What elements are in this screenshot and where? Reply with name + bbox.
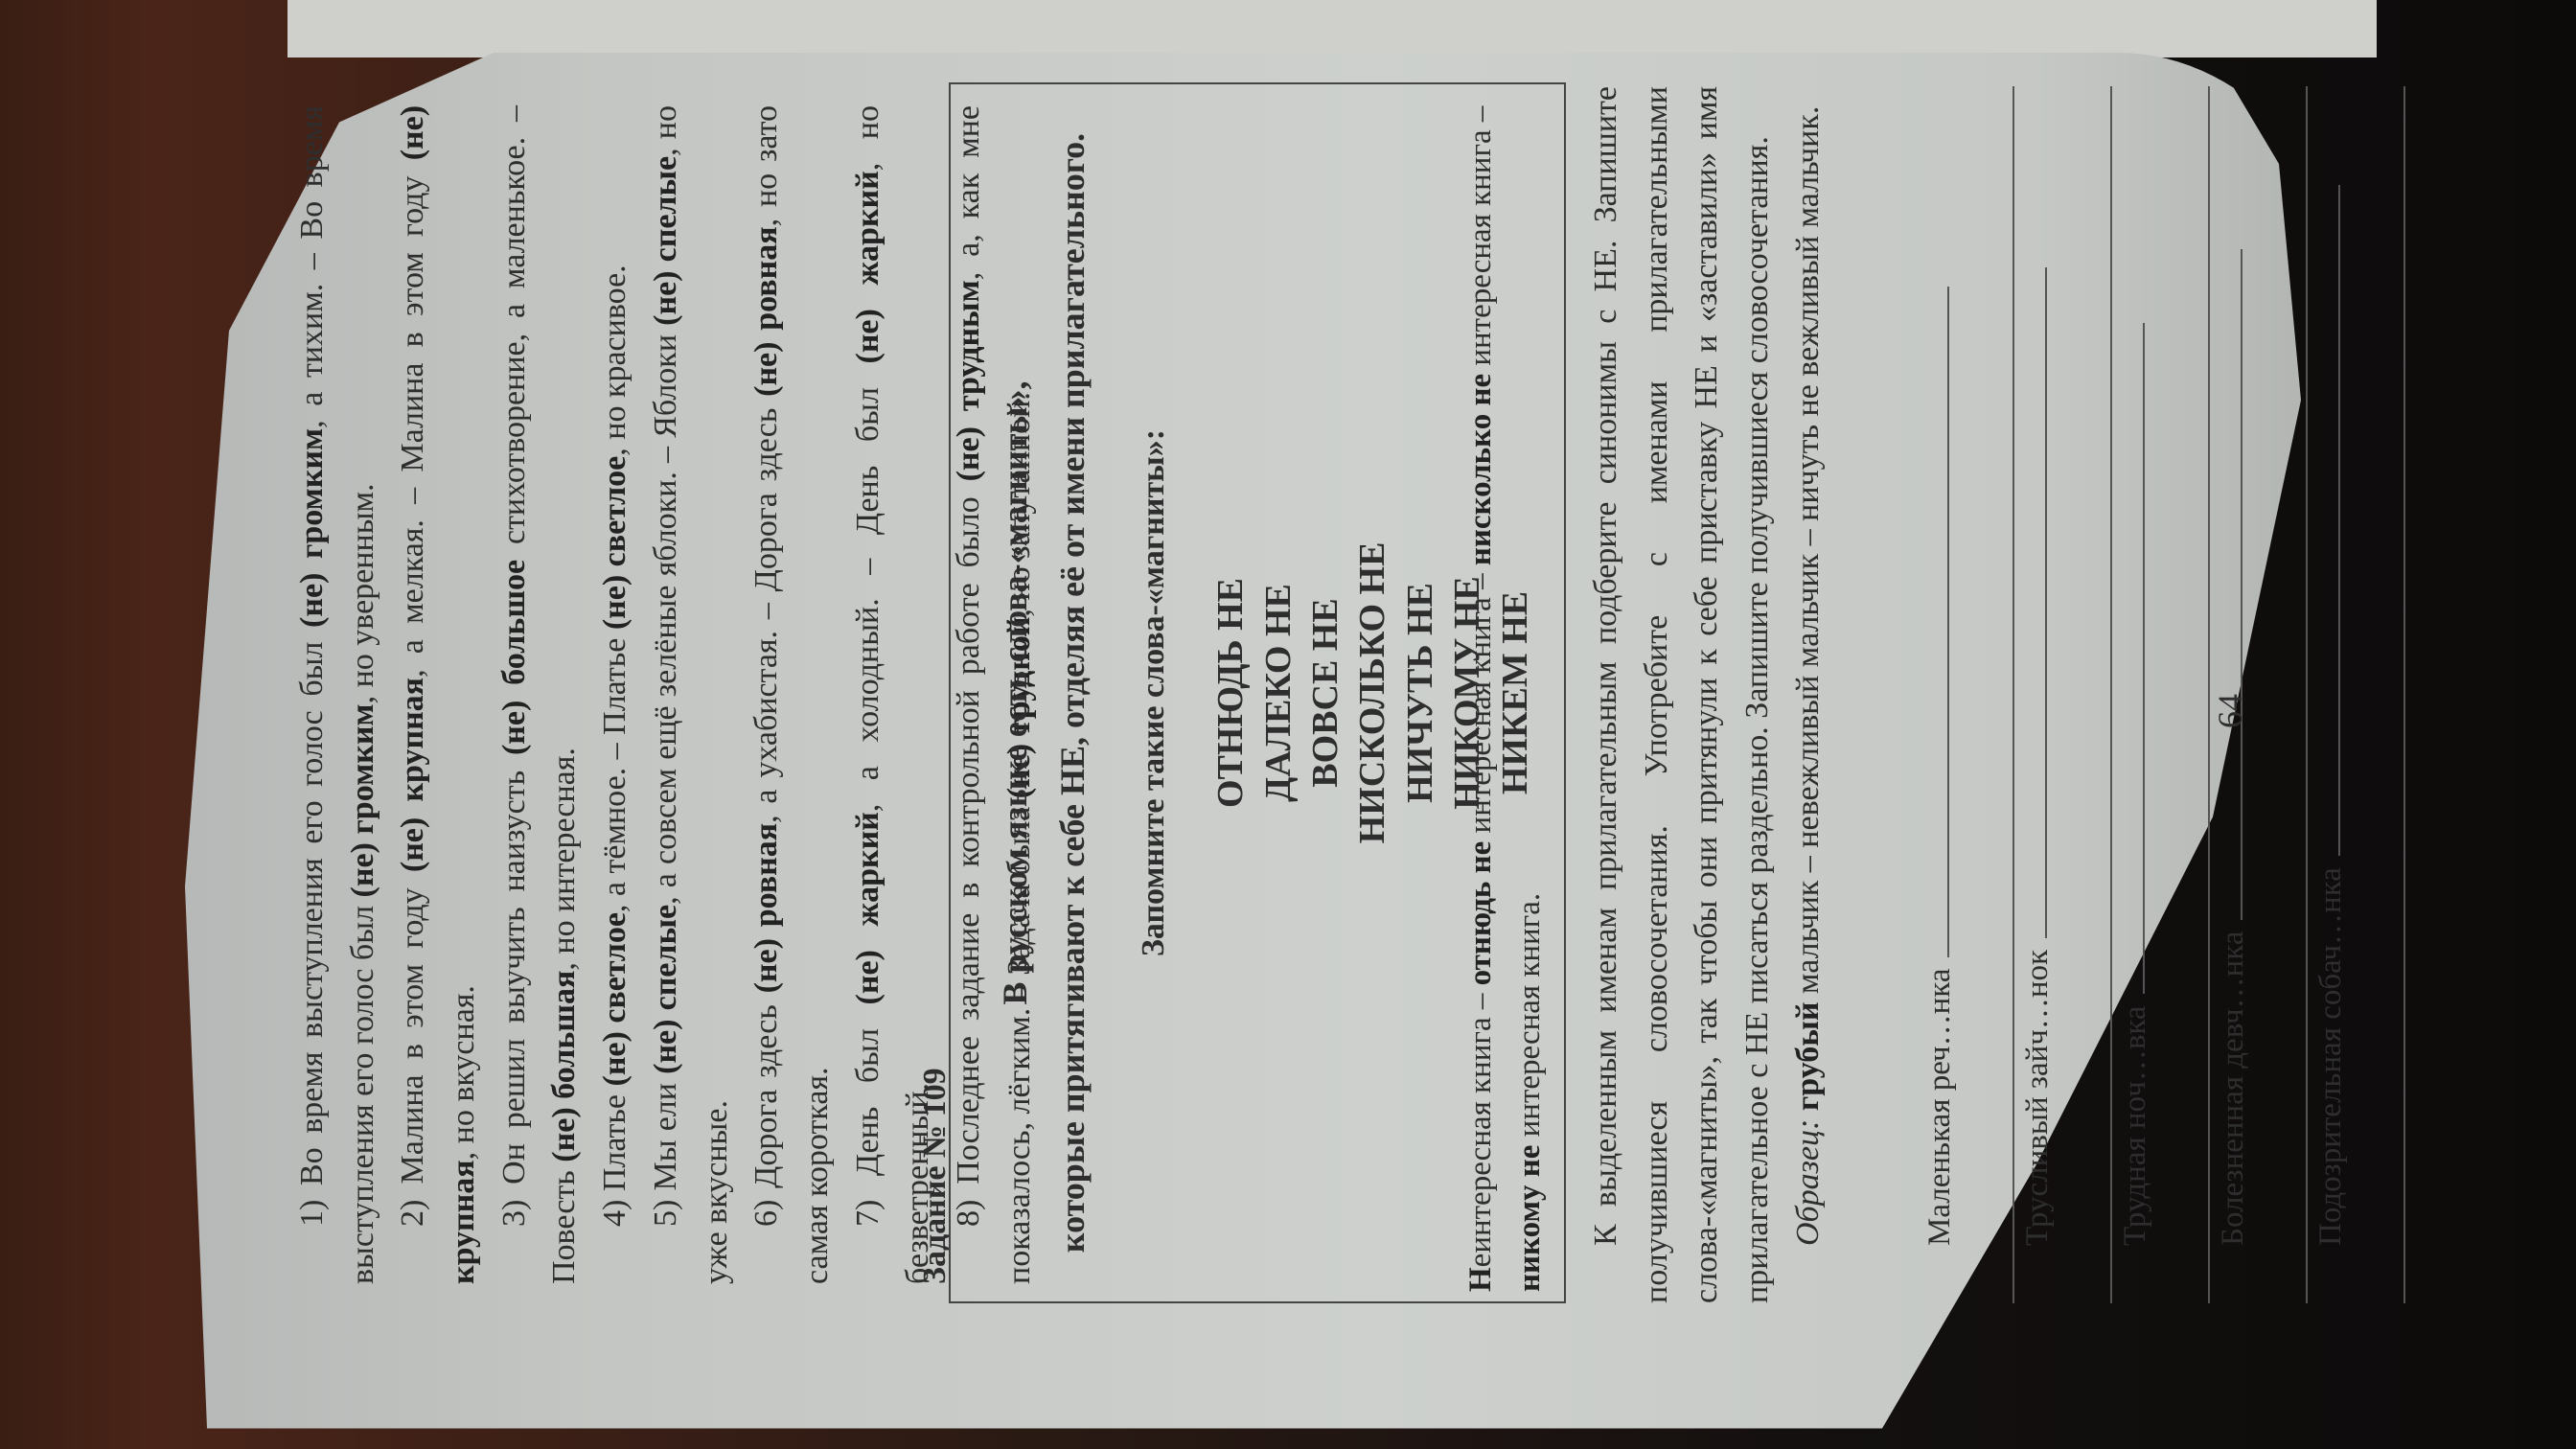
answer-prompt: Трудная ноч…вка <box>2111 323 2160 1246</box>
sample-label: Образец: <box>1790 1119 1826 1246</box>
answer-prompt: Подозрительная собач…нка <box>2307 185 2356 1246</box>
answer-line: Маленькая реч…нка <box>1917 86 2014 1303</box>
instructions-text: К выделенным именам прилагательным подбе… <box>1581 86 1783 1303</box>
page-number: 64 <box>2204 694 2258 728</box>
magnet-word: НИЧУТЬ НЕ <box>1397 84 1444 1301</box>
magnet-word: НИСКОЛЬКО НЕ <box>1349 84 1396 1301</box>
sentence-item: 6) Дорога здесь (не) ровная, а ухабистая… <box>742 105 842 1284</box>
answer-prompt: Болезненная девч…нка <box>2209 249 2258 1246</box>
sample: Образец: грубый мальчик – невежливый мал… <box>1783 86 1834 1303</box>
sentence-item: 5) Мы ели (не) спелые, а совсем ещё зелё… <box>641 105 742 1284</box>
answer-line: Трудная ноч…вка <box>2112 86 2210 1303</box>
next-page-edge <box>287 0 2377 57</box>
sentence-item: 4) Платье (не) светлое, а тёмное. – Плат… <box>590 105 641 1284</box>
magnet-word: ДАЛЕКО НЕ <box>1255 84 1302 1301</box>
magnet-word: ВОВСЕ НЕ <box>1302 84 1349 1301</box>
magnet-word: ОТНЮДЬ НЕ <box>1207 84 1254 1301</box>
page-content: 1) Во время выступления его голос был (н… <box>287 77 2204 1361</box>
rule-box: В русском языке есть слова-«магниты», ко… <box>949 82 1566 1303</box>
sentence-item: 1) Во время выступления его голос был (н… <box>287 105 388 1284</box>
rule-example: Неинтересная книга – отнюдь не интересна… <box>1457 94 1554 1292</box>
rule-heading-1: В русском языке есть слова-«магниты», <box>989 84 1043 1301</box>
sample-bold: грубый <box>1790 1002 1826 1112</box>
rule-remember: Запомните такие слова-«магниты»: <box>1129 84 1180 1301</box>
answer-lines: Маленькая реч…нкаТрусливый зайч…нокТрудн… <box>1917 86 2405 1303</box>
instructions: К выделенным именам прилагательным подбе… <box>1581 86 1833 1303</box>
answer-prompt: Маленькая реч…нка <box>1916 287 1965 1246</box>
sentence-item: 3) Он решил выучить наизусть (не) большо… <box>490 105 590 1284</box>
answer-line: Подозрительная собач…нка <box>2308 86 2405 1303</box>
rule-heading-2: которые притягивают к себе НЕ, отделяя е… <box>1046 84 1100 1301</box>
sentence-item: 2) Малина в этом году (не) крупная, а ме… <box>388 105 489 1284</box>
answer-line: Трусливый зайч…нок <box>2014 86 2112 1303</box>
sample-rest: мальчик – невежливый мальчик – ничуть не… <box>1790 106 1826 1002</box>
answer-prompt: Трусливый зайч…нок <box>2013 267 2062 1246</box>
